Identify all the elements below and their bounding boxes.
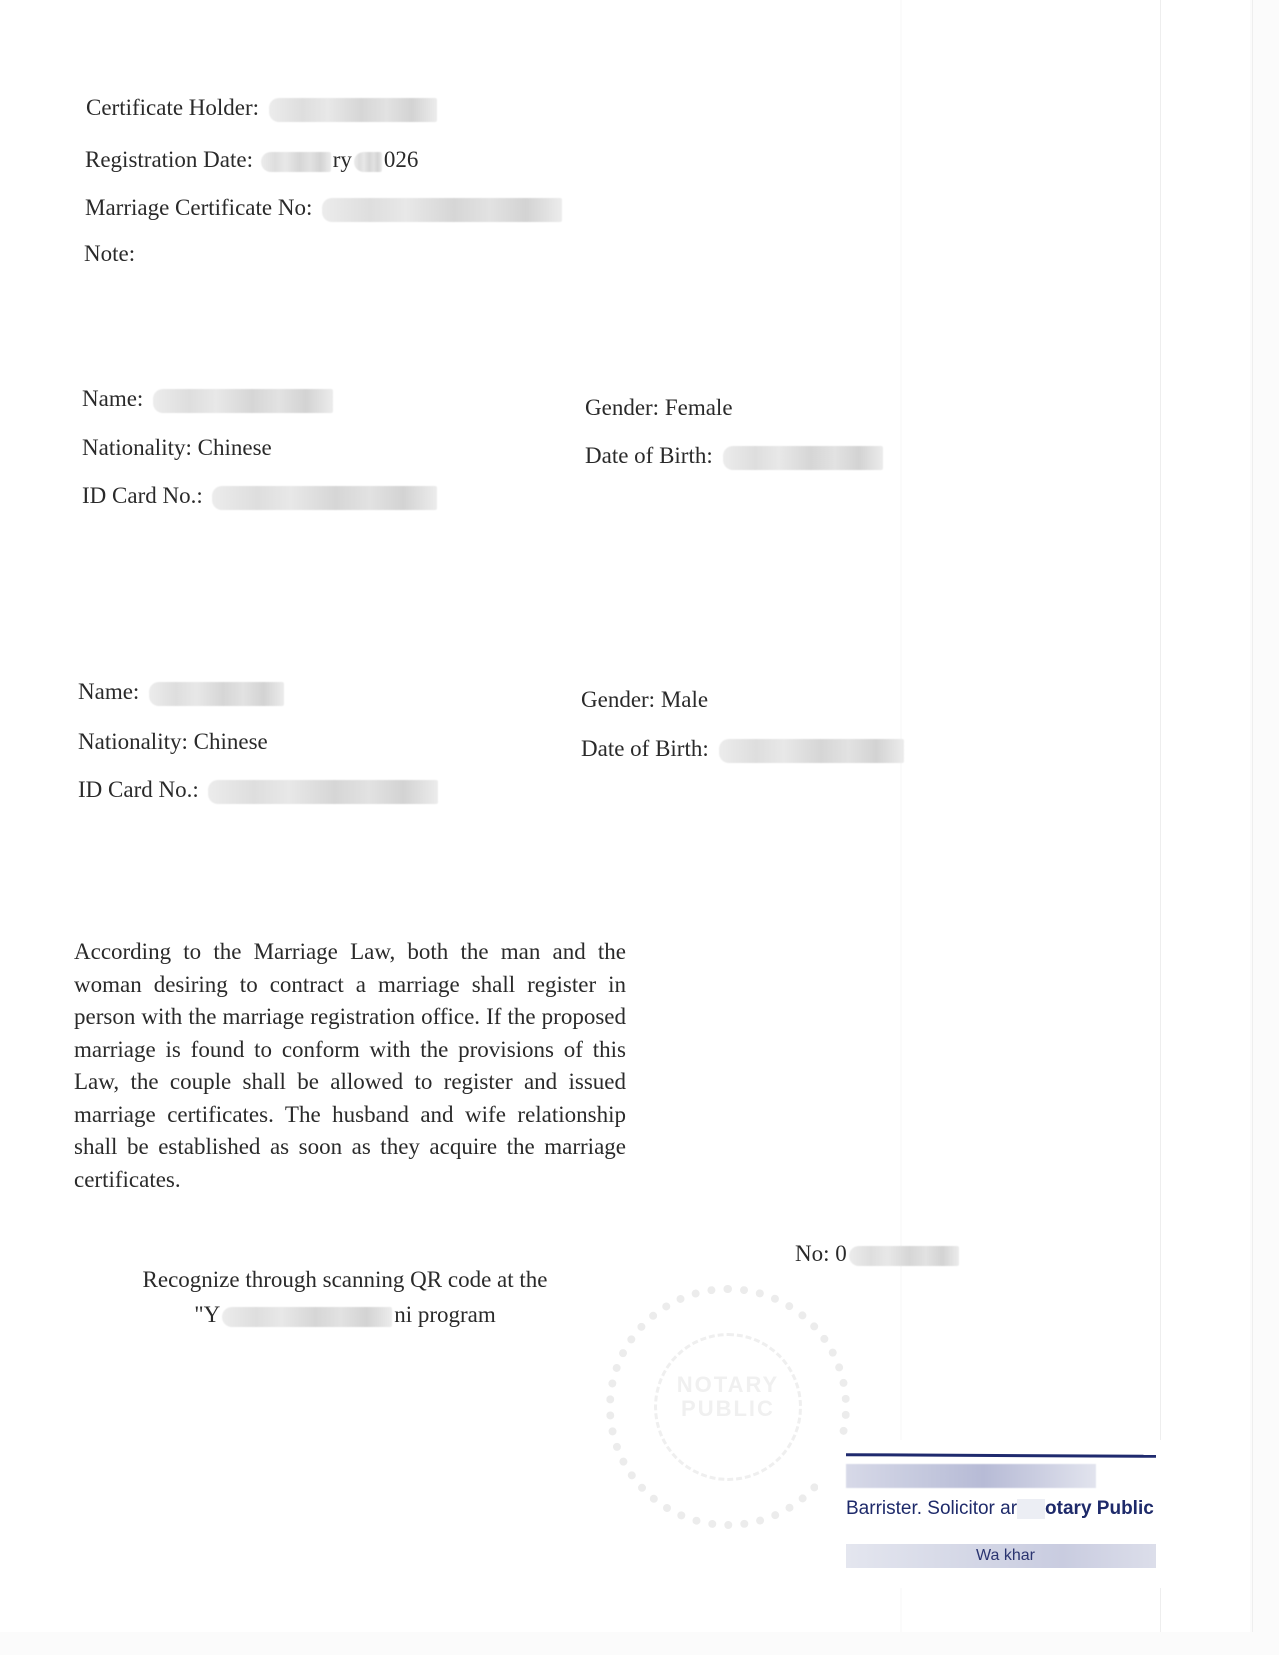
registration-date-year: 026 — [384, 147, 419, 172]
person1-name-row: Name: — [82, 385, 333, 413]
registration-date-label: Registration Date: — [85, 147, 253, 172]
note-label: Note: — [84, 241, 135, 266]
person2-gender-row: Gender: Male — [581, 686, 708, 714]
person2-name-label: Name: — [78, 679, 139, 704]
registration-date-redacted — [261, 152, 331, 172]
person1-nationality-value: Chinese — [198, 435, 272, 460]
certificate-holder-row: Certificate Holder: — [86, 94, 437, 122]
stamp-title: Barrister. Solicitor arotary Public — [846, 1498, 1154, 1520]
qr-note-line2: "Yni program — [110, 1297, 580, 1332]
scan-edge-line — [1160, 0, 1161, 1632]
document-number-redacted — [849, 1246, 959, 1266]
registration-date-row: Registration Date: ry026 — [85, 146, 418, 174]
person1-nationality-label: Nationality: — [82, 435, 192, 460]
person1-id-row: ID Card No.: — [82, 482, 437, 510]
marriage-certificate-no-label: Marriage Certificate No: — [85, 195, 312, 220]
note-row: Note: — [84, 240, 135, 268]
stamp-name-redacted — [846, 1464, 1096, 1488]
person2-nationality-row: Nationality: Chinese — [78, 728, 268, 756]
person1-dob-row: Date of Birth: — [585, 442, 883, 470]
certificate-holder-label: Certificate Holder: — [86, 95, 259, 120]
certificate-holder-redacted — [269, 98, 437, 122]
document-number-label: No: — [795, 1241, 830, 1266]
person2-dob-label: Date of Birth: — [581, 736, 709, 761]
notary-stamp: Barrister. Solicitor arotary Public Wa k… — [818, 1440, 1174, 1588]
person1-name-label: Name: — [82, 386, 143, 411]
person1-id-redacted — [212, 486, 437, 510]
person1-nationality-row: Nationality: Chinese — [82, 434, 272, 462]
person2-gender-label: Gender: — [581, 687, 655, 712]
person2-dob-row: Date of Birth: — [581, 735, 904, 763]
seal-text: NOTARY PUBLIC — [614, 1373, 842, 1421]
person2-id-row: ID Card No.: — [78, 776, 438, 804]
scanned-page: Certificate Holder: Registration Date: r… — [0, 0, 1250, 1632]
document-number-row: No: 0 — [795, 1240, 961, 1268]
person2-name-redacted — [149, 682, 284, 706]
registration-date-redacted — [354, 152, 382, 172]
person2-id-redacted — [208, 780, 438, 804]
marriage-certificate-no-redacted — [322, 198, 562, 222]
person1-gender-value: Female — [665, 395, 733, 420]
stamp-signature-line — [846, 1453, 1156, 1458]
stamp-address-redacted: Wa khar — [846, 1544, 1156, 1568]
person1-dob-label: Date of Birth: — [585, 443, 713, 468]
qr-code-note: Recognize through scanning QR code at th… — [110, 1262, 580, 1332]
person2-nationality-label: Nationality: — [78, 729, 188, 754]
person2-dob-redacted — [719, 739, 904, 763]
marriage-certificate-no-row: Marriage Certificate No: — [85, 194, 562, 222]
scan-edge-line — [1252, 0, 1253, 1632]
person1-id-label: ID Card No.: — [82, 483, 203, 508]
person1-dob-redacted — [723, 446, 883, 470]
person2-nationality-value: Chinese — [194, 729, 268, 754]
marriage-law-paragraph: According to the Marriage Law, both the … — [74, 936, 626, 1196]
qr-note-line1: Recognize through scanning QR code at th… — [110, 1262, 580, 1297]
person1-name-redacted — [153, 389, 333, 413]
person1-gender-row: Gender: Female — [585, 394, 733, 422]
document-number-partial: 0 — [835, 1241, 847, 1266]
qr-note-redacted — [222, 1307, 392, 1327]
fold-line — [900, 0, 902, 1632]
person1-gender-label: Gender: — [585, 395, 659, 420]
person2-id-label: ID Card No.: — [78, 777, 199, 802]
person2-name-row: Name: — [78, 678, 284, 706]
embossed-notary-seal-icon: NOTARY PUBLIC — [606, 1285, 850, 1529]
registration-date-partial: ry — [333, 147, 352, 172]
person2-gender-value: Male — [661, 687, 708, 712]
